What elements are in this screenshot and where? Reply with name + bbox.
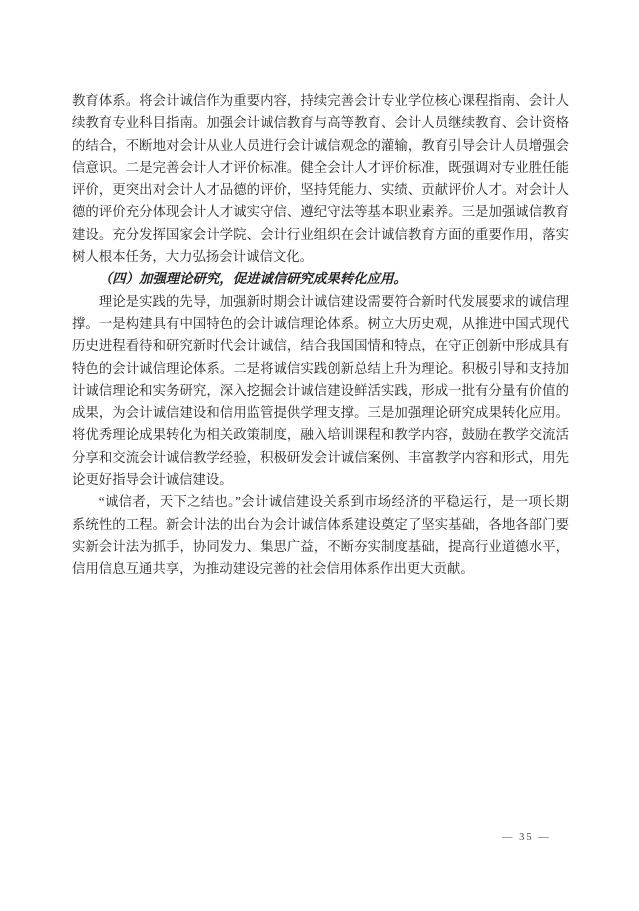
text-line: 历史进程看待和研究新时代会计诚信，结合我国国情和特点，在守正创新中形成具有中国 [72, 335, 569, 357]
page-number: — 35 — [502, 832, 551, 843]
text-line: 系统性的工程。新会计法的出台为会计诚信体系建设奠定了坚实基础，各地各部门要以落 [72, 514, 569, 536]
text-line: 信用信息互通共享，为推动建设完善的社会信用体系作出更大贡献。 [72, 558, 569, 580]
text-line: 成果，为会计诚信建设和信用监管提供学理支撑。三是加强理论研究成果转化应用。注重 [72, 402, 569, 424]
text-line: 德的评价充分体现会计人才诚实守信、遵纪守法等基本职业素养。三是加强诚信教育基地 [72, 201, 569, 223]
text-line: “诚信者，天下之结也。”会计诚信建设关系到市场经济的平稳运行，是一项长期性、 [72, 491, 569, 513]
document-page: 教育体系。将会计诚信作为重要内容，持续完善会计专业学位核心课程指南、会计人员继续… [0, 0, 639, 911]
text-line: 实新会计法为抓手，协同发力、集思广益，不断夯实制度基础，提高行业道德水平，促进 [72, 536, 569, 558]
text-line: 特色的会计诚信理论体系。二是将诚信实践创新总结上升为理论。积极引导和支持加强会 [72, 358, 569, 380]
page-footer: — 35 — [0, 832, 639, 848]
text-block: 教育体系。将会计诚信作为重要内容，持续完善会计专业学位核心课程指南、会计人员继续… [72, 90, 569, 581]
text-line: 树人根本任务，大力弘扬会计诚信文化。 [72, 246, 569, 268]
text-line: 将优秀理论成果转化为相关政策制度，融入培训课程和教学内容，鼓励在教学交流活动中 [72, 424, 569, 446]
text-line: 撑。一是构建具有中国特色的会计诚信理论体系。树立大历史观，从推进中国式现代化的 [72, 313, 569, 335]
text-line: 续教育专业科目指南。加强会计诚信教育与高等教育、会计人员继续教育、会计资格考试 [72, 112, 569, 134]
text-line: 信意识。二是完善会计人才评价标准。健全会计人才评价标准，既强调对专业胜任能力的 [72, 157, 569, 179]
section-heading: （四）加强理论研究，促进诚信研究成果转化应用。 [72, 268, 569, 290]
text-line: 的结合，不断地对会计从业人员进行会计诚信观念的灌输，教育引导会计人员增强会计诚 [72, 135, 569, 157]
text-line: 建设。充分发挥国家会计学院、会计行业组织在会计诚信教育方面的重要作用，落实立德 [72, 224, 569, 246]
text-line: 教育体系。将会计诚信作为重要内容，持续完善会计专业学位核心课程指南、会计人员继 [72, 90, 569, 112]
text-line: 分享和交流会计诚信教学经验，积极研发会计诚信案例、丰富教学内容和形式，用先进理 [72, 447, 569, 469]
text-line: 论更好指导会计诚信建设。 [72, 469, 569, 491]
text-line: 计诚信理论和实务研究，深入挖掘会计诚信建设鲜活实践，形成一批有分量有价值的研究 [72, 380, 569, 402]
text-line: 理论是实践的先导，加强新时期会计诚信建设需要符合新时代发展要求的诚信理论支 [72, 291, 569, 313]
text-line: 评价，更突出对会计人才品德的评价，坚持凭能力、实绩、贡献评价人才。对会计人才品 [72, 179, 569, 201]
